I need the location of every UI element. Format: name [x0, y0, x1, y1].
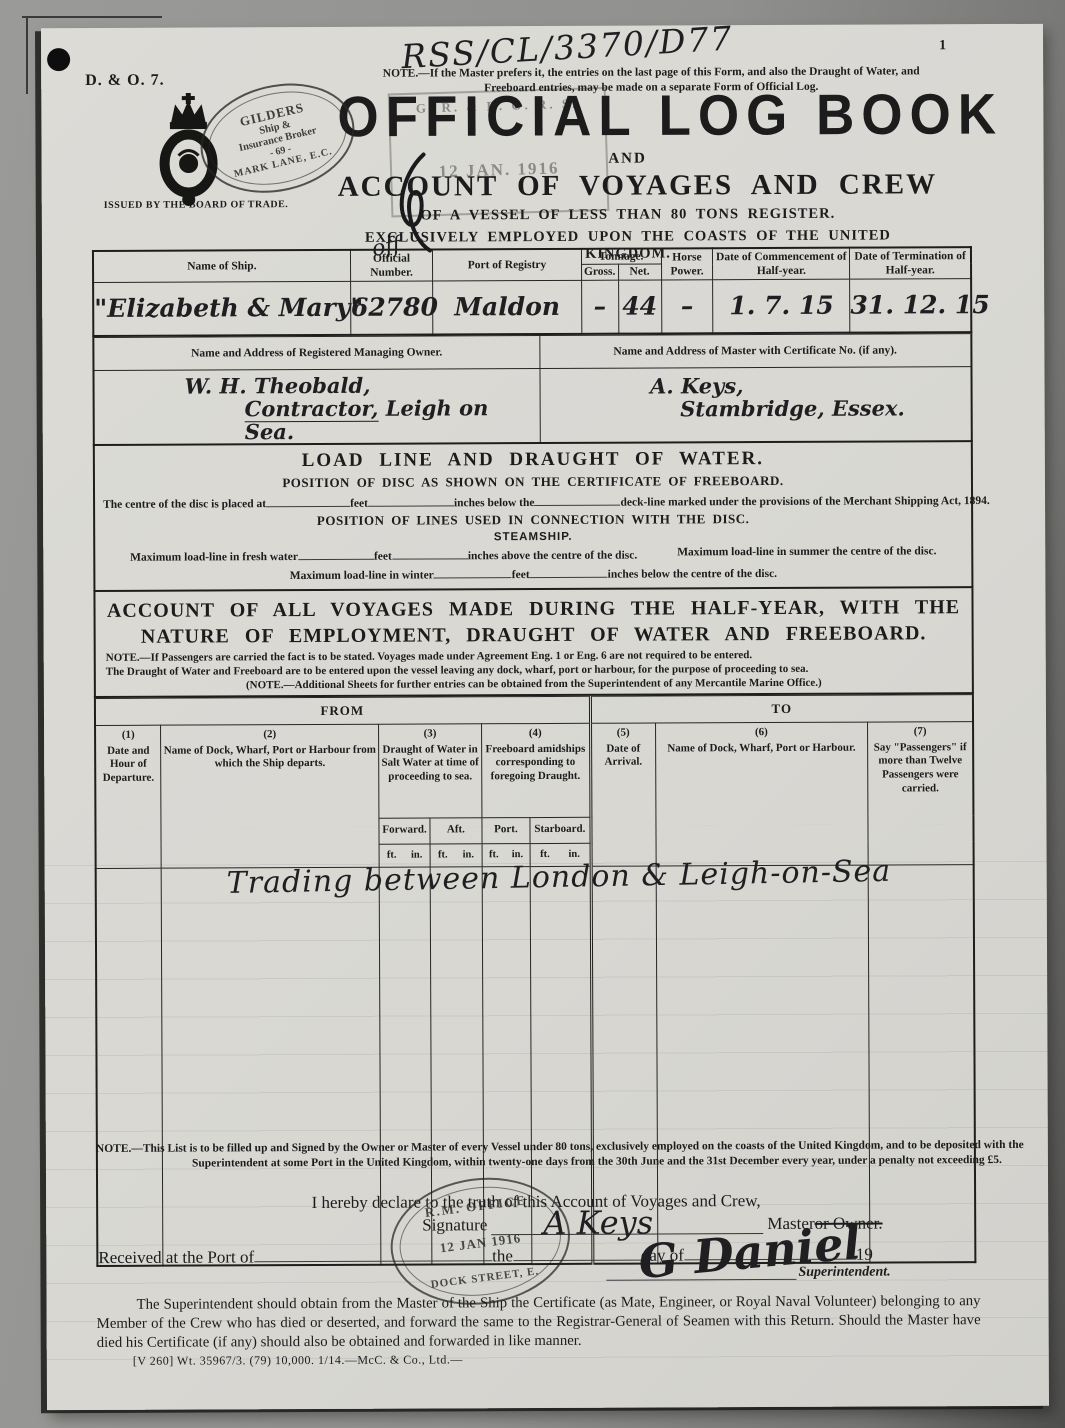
- col-5-header: (5)Date of Arrival.: [590, 723, 656, 866]
- col-horse-power: Horse Power.: [661, 248, 713, 279]
- ink-mark-text: off: [370, 232, 403, 262]
- punch-hole: [47, 48, 70, 71]
- print-code: [V 260] Wt. 35967/3. (79) 10,000. 1/14.—…: [133, 1352, 463, 1368]
- voyage-note-2: The Draught of Water and Freeboard are t…: [102, 662, 966, 678]
- superintendent-instructions: The Superintendent should obtain from th…: [97, 1292, 981, 1353]
- winter-line: Maximum load-line in winterfeetinches be…: [103, 564, 963, 583]
- from-label: FROM: [95, 696, 590, 725]
- owner-header: Name and Address of Registered Managing …: [93, 335, 539, 370]
- port-label: Port.: [482, 817, 530, 843]
- main-title: OFFICIAL LOG BOOK: [337, 82, 917, 150]
- col-gross: Gross.: [581, 265, 618, 281]
- master-address-value: Stambridge, Essex.: [540, 396, 971, 421]
- owner-name-value: W. H. Theobald,: [94, 369, 539, 398]
- office-stamp-date: 12 JAN 1916: [439, 1230, 522, 1256]
- ship-particulars-table: Name of Ship. Official Number. Port of R…: [92, 246, 972, 337]
- voyages-table: FROM TO (1)Date and Hour of Departure. (…: [94, 694, 976, 1267]
- disc-line: The centre of the disc is placed atfeeti…: [103, 492, 963, 511]
- ship-name-value: "Elizabeth & Mary": [94, 293, 363, 323]
- master-name-value: A. Keys,: [540, 367, 971, 398]
- load-line-section: LOAD LINE AND DRAUGHT OF WATER. POSITION…: [93, 442, 974, 592]
- col-4-header: (4)Freeboard amidships corresponding to …: [481, 723, 590, 817]
- col-3-header: (3)Draught of Water in Salt Water at tim…: [379, 724, 482, 818]
- master-header: Name and Address of Master with Certific…: [539, 333, 971, 368]
- voyages-heading-section: ACCOUNT OF ALL VOYAGES MADE DURING THE H…: [93, 588, 973, 698]
- voyages-heading: ACCOUNT OF ALL VOYAGES MADE DURING THE H…: [101, 594, 965, 650]
- summer-line: Maximum load-line in summer the centre o…: [677, 545, 936, 561]
- aft-label: Aft.: [430, 818, 482, 844]
- commencement-value: 1. 7. 15: [729, 290, 834, 319]
- scan-edge-line: [26, 16, 28, 94]
- owner-address-value: Contractor, Leigh on Sea.: [95, 396, 540, 444]
- forward-label: Forward.: [379, 818, 430, 844]
- office-stamp-bottom: DOCK STREET, E.: [430, 1265, 540, 1291]
- office-stamp-top: R.M. OFFICE: [424, 1192, 528, 1221]
- steamship-label: STEAMSHIP.: [103, 529, 963, 545]
- col-2-header: (2)Name of Dock, Wharf, Port or Harbour …: [161, 724, 379, 868]
- to-label: TO: [590, 694, 973, 723]
- voyage-note-3: (NOTE.—Additional Sheets for further ent…: [102, 676, 966, 692]
- page-number: 1: [939, 38, 946, 54]
- col-name-of-ship: Name of Ship.: [93, 250, 350, 282]
- col-tonnage: Tonnage.: [581, 248, 661, 264]
- col-1-header: (1)Date and Hour of Departure.: [95, 725, 161, 868]
- scan-edge-line: [22, 16, 162, 18]
- col-net: Net.: [618, 264, 661, 280]
- load-line-title: LOAD LINE AND DRAUGHT OF WATER.: [103, 447, 963, 473]
- form-body: Name of Ship. Official Number. Port of R…: [92, 246, 976, 1267]
- port-of-registry-value: Maldon: [454, 292, 560, 321]
- col-termination: Date of Termination of Half-year.: [850, 247, 971, 279]
- log-book-page: RSS/CL/3370/D77 1 D. & O. 7. NOTE.—If th…: [41, 24, 1049, 1410]
- fresh-water-line: Maximum load-line in fresh waterfeetinch…: [103, 545, 963, 564]
- disc-heading: POSITION OF DISC AS SHOWN ON THE CERTIFI…: [103, 472, 963, 492]
- form-code: D. & O. 7.: [85, 72, 164, 90]
- voyage-note-1: NOTE.—If Passengers are carried the fact…: [102, 648, 966, 664]
- col-port-of-registry: Port of Registry: [433, 249, 582, 281]
- horse-power-value: –: [681, 291, 694, 320]
- starboard-label: Starboard.: [530, 817, 591, 843]
- col-6-header: (6)Name of Dock, Wharf, Port or Harbour.: [655, 722, 868, 866]
- deposit-note: NOTE.—This List is to be filled up and S…: [96, 1138, 1065, 1172]
- owner-master-table: Name and Address of Registered Managing …: [92, 333, 972, 446]
- lines-heading: POSITION OF LINES USED IN CONNECTION WIT…: [103, 510, 963, 530]
- col-7-header: (7)Say "Passengers" if more than Twelve …: [868, 721, 974, 864]
- col-commencement: Date of Commencement of Half-year.: [713, 248, 850, 280]
- termination-value: 31. 12. 15: [850, 290, 989, 320]
- gross-tonnage-value: –: [593, 291, 606, 320]
- net-tonnage-value: 44: [622, 291, 657, 320]
- official-number-value: 62780: [351, 292, 438, 321]
